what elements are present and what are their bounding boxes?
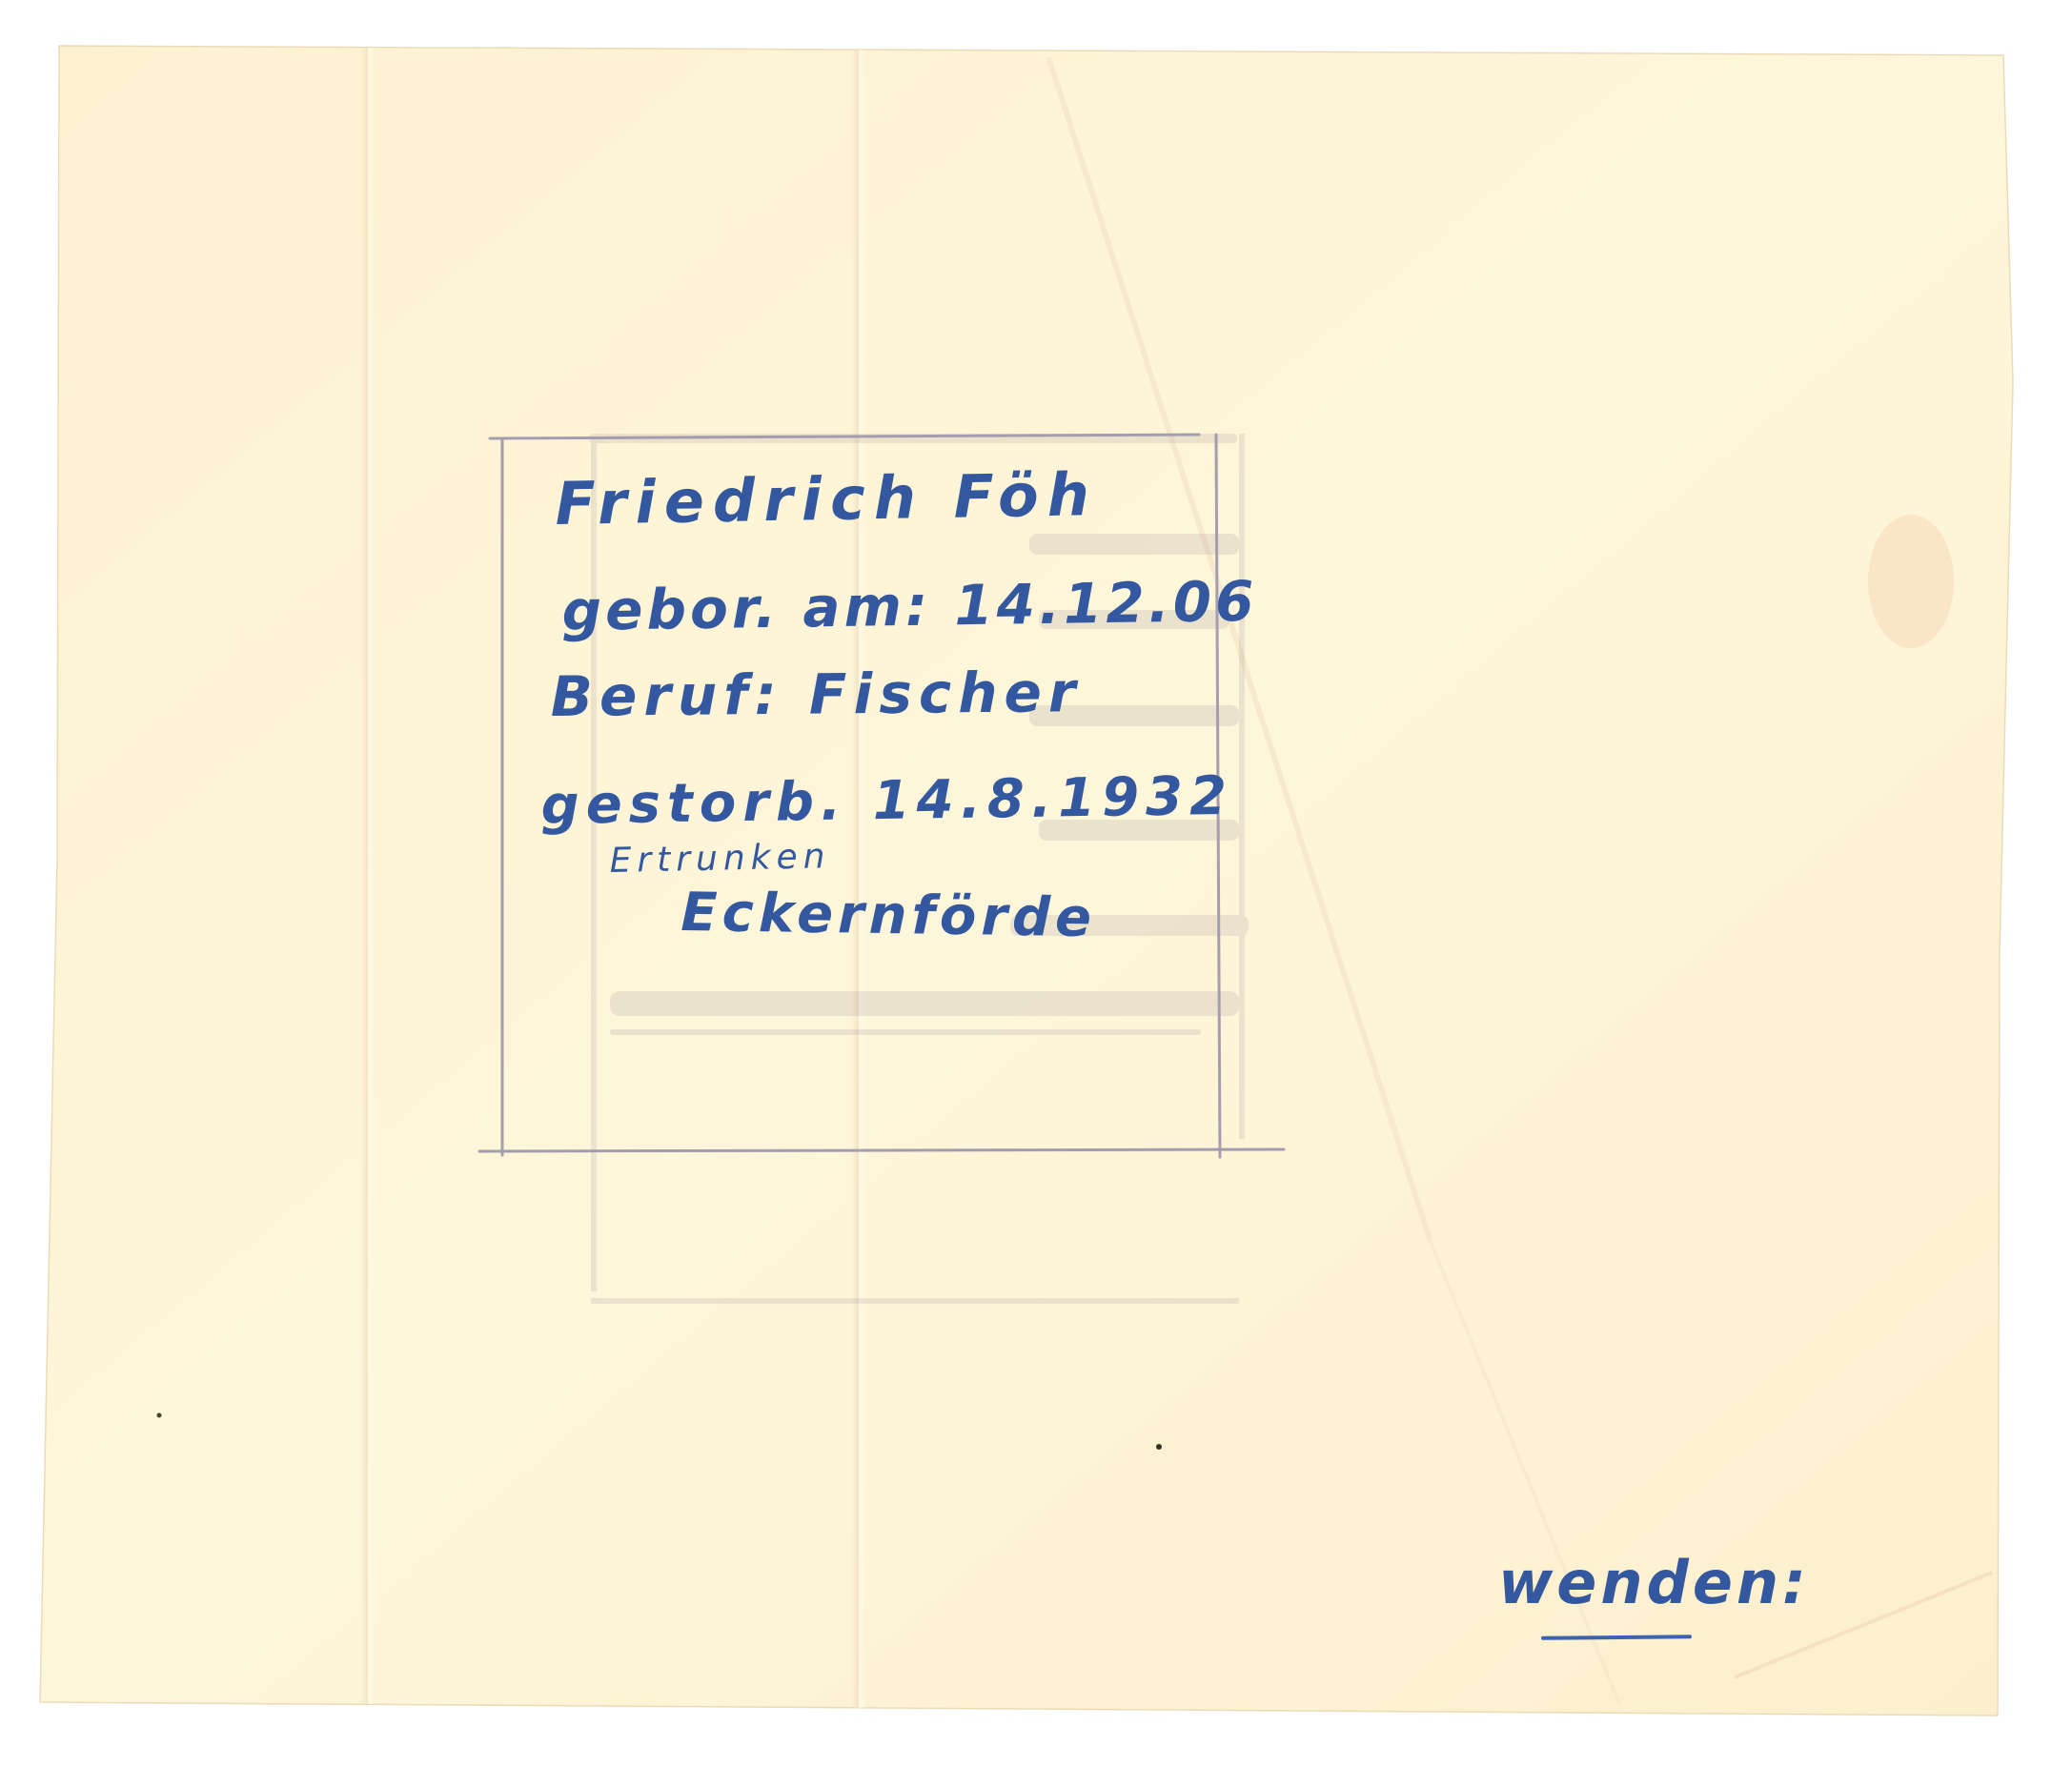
paper-background: [0, 0, 2072, 1767]
record-name: Friedrich Föh: [555, 465, 1098, 534]
paper-sheet: Friedrich Föh gebor. am: 14.12.06 Beruf:…: [0, 0, 2072, 1767]
record-cause: Ertrunken: [609, 840, 831, 879]
record-death-date: gestorb. 14.8.1932: [540, 770, 1233, 833]
turn-over-note: wenden:: [1498, 1554, 1810, 1613]
record-place: Eckernförde: [681, 886, 1096, 945]
record-birth-date: gebor. am: 14.12.06: [561, 574, 1258, 639]
record-occupation: Beruf: Fischer: [550, 664, 1082, 724]
